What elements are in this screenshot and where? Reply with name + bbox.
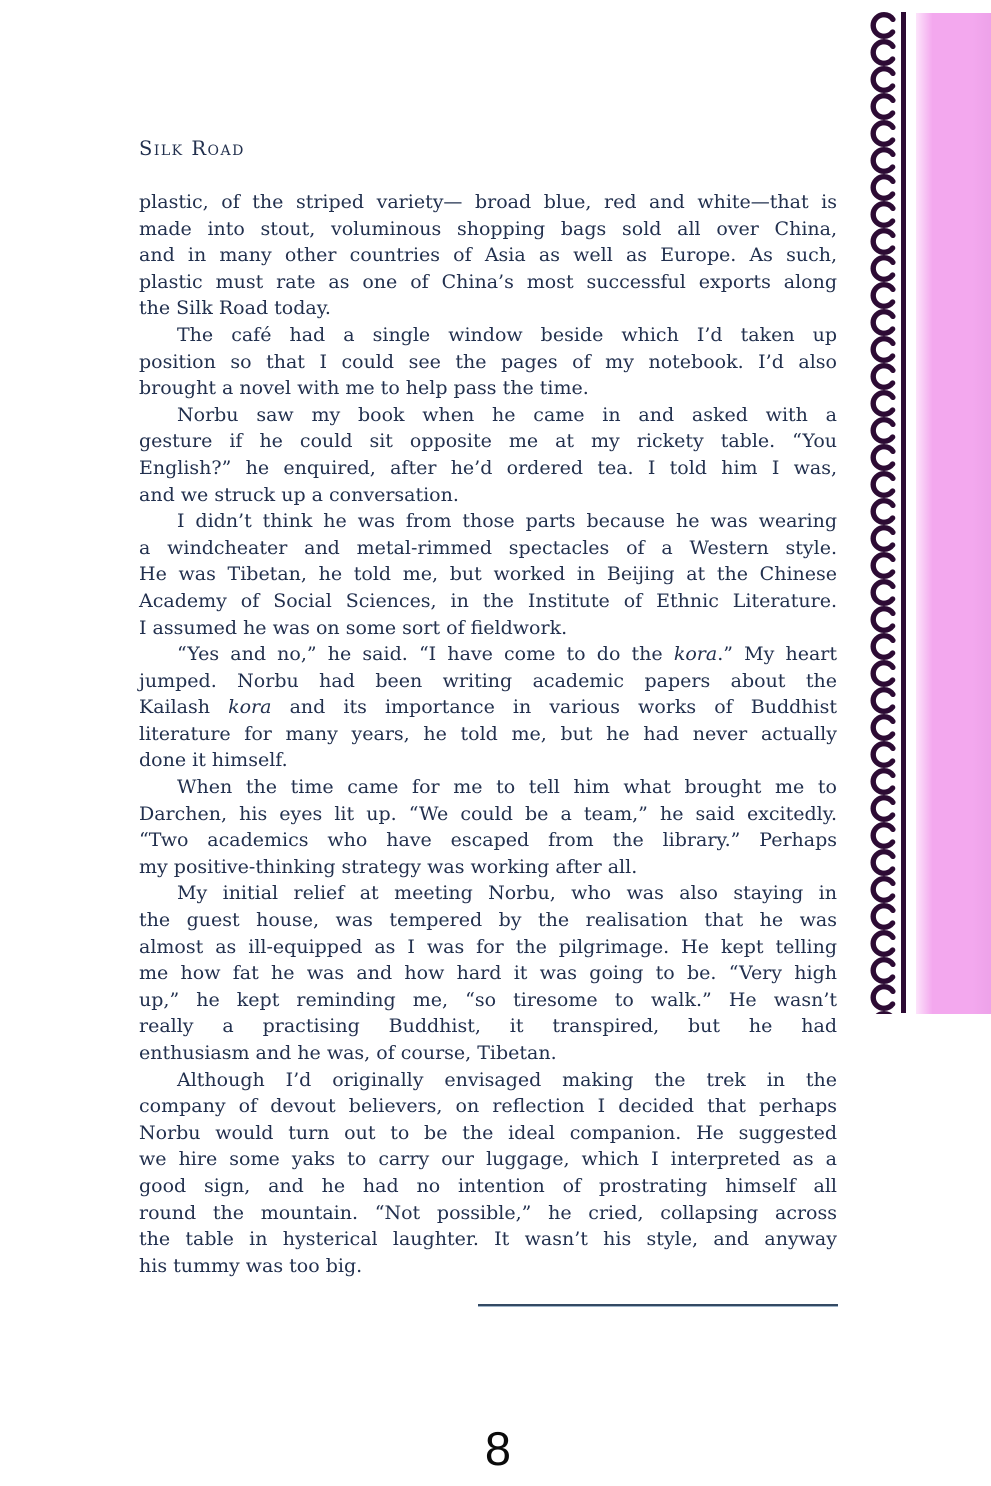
text-line: made into stout, voluminous shopping bag… — [139, 216, 837, 243]
text-line: and we struck up a conversation. — [139, 482, 837, 509]
paragraph: plastic, of the striped variety— broad b… — [139, 189, 837, 322]
text-line: “Two academics who have escaped from the… — [139, 827, 837, 854]
text-line: and in many other countries of Asia as w… — [139, 242, 837, 269]
text-line: brought a novel with me to help pass the… — [139, 375, 837, 402]
text-line: the table in hysterical laughter. It was… — [139, 1226, 837, 1253]
text-line: plastic must rate as one of China’s most… — [139, 269, 837, 296]
text-line: round the mountain. “Not possible,” he c… — [139, 1200, 837, 1227]
text-line: I didn’t think he was from those parts b… — [139, 508, 837, 535]
text-line: good sign, and he had no intention of pr… — [139, 1173, 837, 1200]
paragraph: Although I’d originally envisaged making… — [139, 1067, 837, 1280]
text-line: his tummy was too big. — [139, 1253, 837, 1280]
text-line: Darchen, his eyes lit up. “We could be a… — [139, 801, 837, 828]
text-line: Kailash kora and its importance in vario… — [139, 694, 837, 721]
text-line: Academy of Social Sciences, in the Insti… — [139, 588, 837, 615]
text-line: company of devout believers, on reflecti… — [139, 1093, 837, 1120]
text-line: almost as ill-equipped as I was for the … — [139, 934, 837, 961]
text-line: Norbu would turn out to be the ideal com… — [139, 1120, 837, 1147]
running-header: Silk Road — [139, 137, 245, 160]
book-page: Silk Road plastic, of the striped variet… — [0, 0, 991, 1486]
text-line: up,” he kept reminding me, “so tiresome … — [139, 987, 837, 1014]
text-line: my positive-thinking strategy was workin… — [139, 854, 837, 881]
text-line: jumped. Norbu had been writing academic … — [139, 668, 837, 695]
paragraph: When the time came for me to tell him wh… — [139, 774, 837, 880]
text-line: The café had a single window beside whic… — [139, 322, 837, 349]
page-number: 8 — [0, 1421, 991, 1476]
text-line: literature for many years, he told me, b… — [139, 721, 837, 748]
text-line: gesture if he could sit opposite me at m… — [139, 428, 837, 455]
text-line: the Silk Road today. — [139, 295, 837, 322]
paragraph: The café had a single window beside whic… — [139, 322, 837, 402]
text-line: done it himself. — [139, 747, 837, 774]
scallop-pattern-icon — [868, 12, 900, 1014]
text-line: When the time came for me to tell him wh… — [139, 774, 837, 801]
text-line: enthusiasm and he was, of course, Tibeta… — [139, 1040, 837, 1067]
border-line — [901, 12, 906, 1013]
text-line: My initial relief at meeting Norbu, who … — [139, 880, 837, 907]
pink-strip — [916, 13, 991, 1014]
paragraph: “Yes and no,” he said. “I have come to d… — [139, 641, 837, 774]
text-line: Although I’d originally envisaged making… — [139, 1067, 837, 1094]
text-line: really a practising Buddhist, it transpi… — [139, 1013, 837, 1040]
section-divider-rule — [478, 1304, 838, 1307]
text-line: a windcheater and metal-rimmed spectacle… — [139, 535, 837, 562]
text-line: the guest house, was tempered by the rea… — [139, 907, 837, 934]
text-line: He was Tibetan, he told me, but worked i… — [139, 561, 837, 588]
paragraph: I didn’t think he was from those parts b… — [139, 508, 837, 641]
text-line: position so that I could see the pages o… — [139, 349, 837, 376]
paragraph: Norbu saw my book when he came in and as… — [139, 402, 837, 508]
text-line: Norbu saw my book when he came in and as… — [139, 402, 837, 429]
text-line: we hire some yaks to carry our luggage, … — [139, 1146, 837, 1173]
text-line: I assumed he was on some sort of fieldwo… — [139, 615, 837, 642]
text-line: English?” he enquired, after he’d ordere… — [139, 455, 837, 482]
text-line: “Yes and no,” he said. “I have come to d… — [139, 641, 837, 668]
text-line: me how fat he was and how hard it was go… — [139, 960, 837, 987]
body-text: plastic, of the striped variety— broad b… — [139, 189, 837, 1279]
text-line: plastic, of the striped variety— broad b… — [139, 189, 837, 216]
paragraph: My initial relief at meeting Norbu, who … — [139, 880, 837, 1066]
